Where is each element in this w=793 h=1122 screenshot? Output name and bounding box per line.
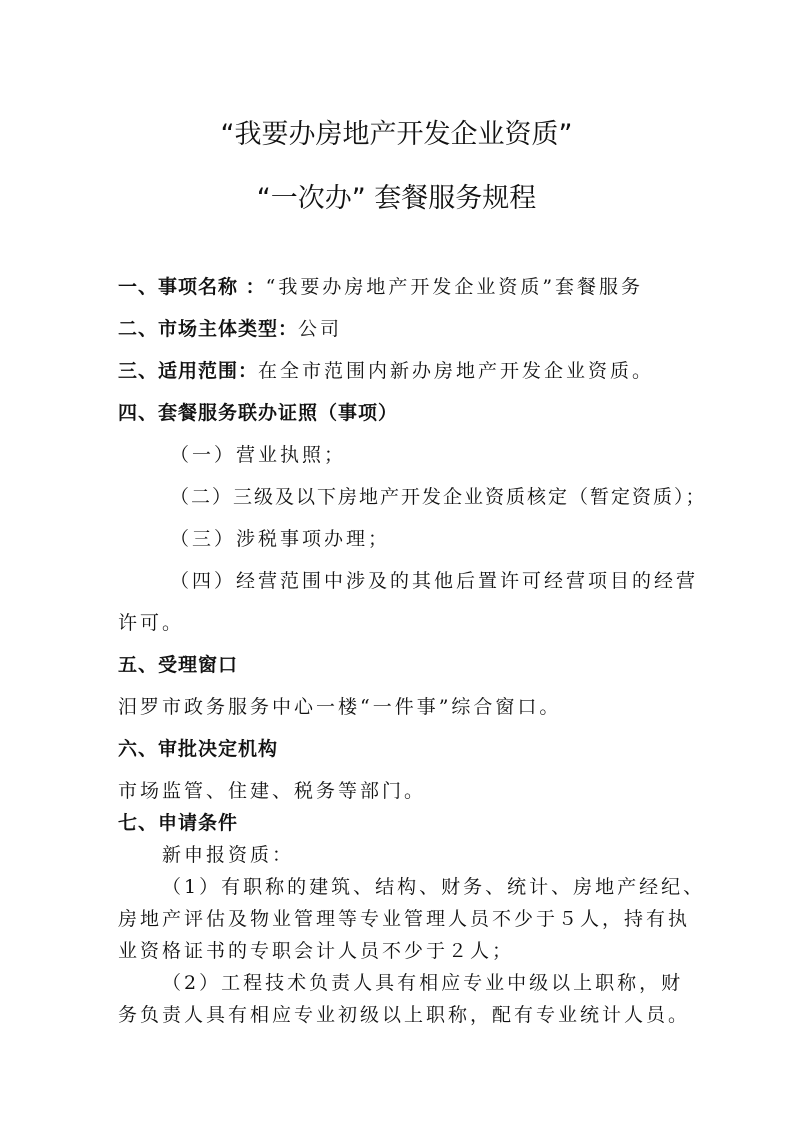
condition-line: （2）工程技术负责人具有相应专业中级以上职称，财 <box>162 968 683 995</box>
license-item: （二）三级及以下房地产开发企业资质核定（暂定资质）； <box>170 482 707 509</box>
document-title-line1: “我要办房地产开发企业资质” <box>0 112 793 151</box>
section-body-authority: 市场监管、住建、税务等部门。 <box>118 776 426 803</box>
condition-line: （1）有职称的建筑、结构、财务、统计、房地产经纪、 <box>162 872 705 899</box>
section-heading-conditions: 七、申请条件 <box>118 808 238 835</box>
section-heading-authority: 六、审批决定机构 <box>118 734 278 761</box>
section-body: 公司 <box>298 318 342 340</box>
section-heading: 一、事项名称 ： <box>118 276 266 298</box>
section-scope: 三、适用范围：在全市范围内新办房地产开发企业资质。 <box>118 356 654 383</box>
condition-line: 务负责人具有相应专业初级以上职称，配有专业统计人员。 <box>118 1000 690 1027</box>
section-entity-type: 二、市场主体类型：公司 <box>118 314 342 341</box>
license-item: （四）经营范围中涉及的其他后置许可经营项目的经营 <box>170 566 698 593</box>
section-item-name: 一、事项名称 ：“我要办房地产开发企业资质”套餐服务 <box>118 272 643 299</box>
condition-line: 新申报资质： <box>162 840 294 867</box>
section-body: 在全市范围内新办房地产开发企业资质。 <box>258 360 654 382</box>
section-body-window: 汨罗市政务服务中心一楼“一件事”综合窗口。 <box>118 692 561 719</box>
section-heading: 三、适用范围： <box>118 360 258 382</box>
condition-line: 房地产评估及物业管理等专业管理人员不少于５人，持有执 <box>118 904 690 931</box>
section-heading: 二、市场主体类型： <box>118 318 298 340</box>
document-title-line2: “一次办” 套餐服务规程 <box>0 176 793 215</box>
license-item: （一）营业执照； <box>170 440 346 467</box>
section-heading-window: 五、受理窗口 <box>118 650 238 677</box>
section-heading-licenses: 四、套餐服务联办证照（事项） <box>118 398 398 425</box>
section-body: “我要办房地产开发企业资质”套餐服务 <box>266 276 643 298</box>
license-item: （三）涉税事项办理； <box>170 524 390 551</box>
license-item-continued: 许可。 <box>118 608 184 635</box>
condition-line: 业资格证书的专职会计人员不少于２人； <box>118 936 514 963</box>
